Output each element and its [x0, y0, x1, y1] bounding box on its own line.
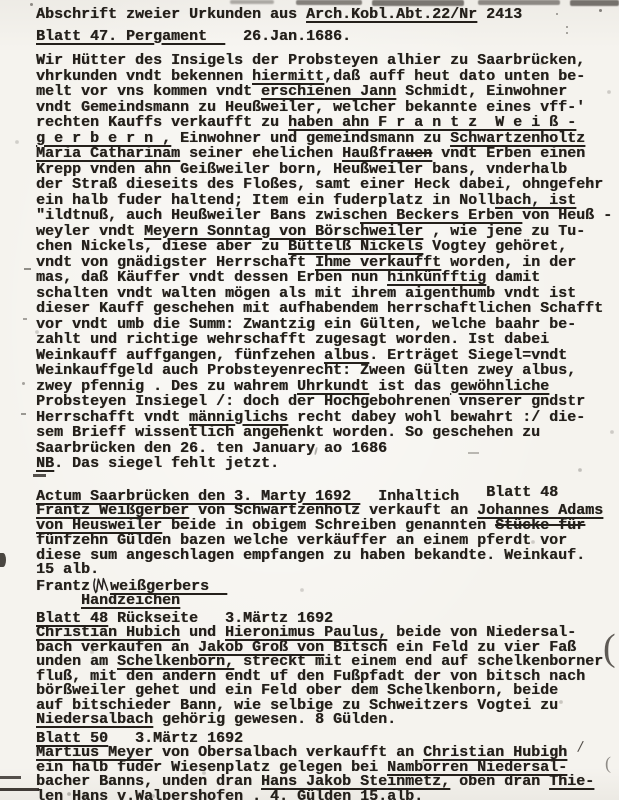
text-line: diese sum angeschlagen empfangen zu habe… [36, 547, 615, 562]
text-line: Christian Hubich und Hieronimus Paulus, … [36, 624, 615, 639]
text-line: Blatt 47. Pergament 26.Jan.1686. [36, 28, 615, 44]
text-segment: dieser Kauff geschehen mit aufhabendem h… [36, 300, 603, 317]
margin-mark [21, 413, 26, 415]
scan-smudge [478, 0, 560, 5]
text-segment: worden, in der [441, 254, 576, 271]
underlined-text: erschienen Jann [261, 83, 396, 100]
text-line: Probsteyen Insiegel /: doch der Hochgebo… [36, 393, 615, 409]
margin-mark [22, 382, 25, 385]
underlined-text: Haußfra [342, 145, 405, 162]
text-segment: vndt Gemeindsmann zu Heußweiler, welcher… [36, 99, 585, 116]
text-line: Wir Hütter des Insigels der Probsteyen a… [36, 52, 615, 68]
text-segment: diese sum angeschlagen empfangen zu habe… [36, 547, 585, 564]
underlined-text: männiglichs [189, 409, 288, 426]
underlined-text: Ihme verkaufft [315, 254, 441, 271]
underlined-text: Blatt 47. Pergament [36, 28, 225, 45]
text-line: NB. Das siegel fehlt jetzt. [36, 455, 615, 471]
text-line: Maria Catharinam seiner ehelichen Haußfr… [36, 145, 615, 161]
text-segment: ist das [369, 378, 450, 395]
text-line: rechten Kauffs verkaufft zu haben ahn F … [36, 114, 615, 130]
handwritten-dash [0, 788, 39, 791]
text-segment: vndt Erben einen [432, 145, 585, 162]
text-segment: recht dabey wohl bewahrt :/ die- [288, 409, 585, 426]
text-segment: vndt von gnädigster Herrschaft [36, 254, 315, 271]
text-line: ein halb fuder haltend; Item ein fuderpl… [36, 192, 615, 208]
scan-smudge [296, 0, 362, 5]
text-line: fünfzehn Gülden bazen welche verkäuffer … [36, 532, 615, 547]
text-segment: zwey pfennig . Des zu wahrem [36, 378, 297, 395]
text-segment: , wie jene zu Tu- [423, 223, 585, 240]
text-segment: rechten Kauffs verkaufft zu [36, 114, 288, 131]
text-segment: Weinkauff auffgangen, fünfzehen [36, 347, 324, 364]
text-line: Weinkauff auffgangen, fünfzehen albus. E… [36, 347, 615, 363]
text-segment [36, 592, 81, 609]
text-line: Martius Meyer von Obersalbach verkaufft … [36, 744, 615, 759]
scan-smudge [570, 0, 619, 6]
handwritten-paren-mark: ( [603, 626, 616, 670]
text-segment: . 4. Gülden 15.alb. [243, 788, 423, 800]
underlined-text: Büttelß Nickels [288, 238, 423, 255]
text-segment: Saarbrücken den 26. ten January ao 1686 [36, 440, 387, 457]
text-segment: . Erträget Siegel=vndt [369, 347, 567, 364]
underlined-text: hiermitt [252, 68, 324, 85]
section-blatt-50: Blatt 50 3.Märtz 1692Martius Meyer von O… [36, 730, 615, 800]
text-line: unden am Schelkenborn, streckt mit einem… [36, 653, 615, 668]
text-segment: 15 alb. [36, 561, 99, 578]
text-line: vndt Gemeindsmann zu Heußweiler, welcher… [36, 99, 615, 115]
text-line: Blatt 50 3.Märtz 1692 [36, 730, 615, 745]
scan-speck [30, 3, 33, 6]
text-segment: sem Brieff wissentlich angehenkt worden.… [36, 424, 540, 441]
section-blatt-47: Wir Hütter des Insigels der Probsteyen a… [36, 52, 615, 471]
text-line: auf bitschieder Bann, wie selbige zu Sch… [36, 697, 615, 712]
margin-mark [33, 474, 46, 477]
section-blatt-48-actum: Actum Saarbrücken den 3. Marty 1692 Inha… [36, 488, 615, 577]
text-segment: Herrschafft vndt [36, 409, 189, 426]
text-line: vndt von gnädigster Herrschaft Ihme verk… [36, 254, 615, 270]
text-segment: Einwohner und gemeindsmann zu [171, 130, 450, 147]
section-archive-header: Abschrift zweier Urkunden aus Arch.Kobl.… [36, 6, 615, 43]
text-segment: damit [486, 269, 540, 286]
text-line: melt vor vns kommen vndt erschienen Jann… [36, 83, 615, 99]
text-segment: Schmidt, Einwohner [396, 83, 567, 100]
text-line: der Straß dieseits des Floßes, samt eine… [36, 176, 615, 192]
text-line: börßweiler gehet und ein Feld ober dem S… [36, 682, 615, 697]
text-line: weyler vndt Meyern Sonntag von Börschwei… [36, 223, 615, 239]
text-line: dieser Kauff geschehen mit aufhabendem h… [36, 300, 615, 316]
scan-speck [468, 452, 479, 454]
underlined-text: len Hans v.Walpershofen [36, 788, 243, 800]
text-segment: seiner ehelichen [180, 145, 342, 162]
handwritten-dash [0, 776, 21, 779]
underlined-text: uen [405, 145, 432, 162]
underlined-text: Thie- [549, 773, 594, 790]
text-segment: zahlt und richtige wehrschafft zugesagt … [36, 331, 549, 348]
text-segment: mas, daß Käuffer vndt dessen Erben nun [36, 269, 387, 286]
text-line: Saarbrücken den 26. ten January ao 1686 [36, 440, 615, 456]
text-line: bach verkaufen an Jakob Groß von Bitsch … [36, 639, 615, 654]
text-line: g e r b e r n , Einwohner und gemeindsma… [36, 130, 615, 146]
paper-speckles [0, 0, 2, 2]
typewritten-text-block: Abschrift zweier Urkunden aus Arch.Kobl.… [36, 6, 615, 800]
text-line: mas, daß Käuffer vndt dessen Erben nun h… [36, 269, 615, 285]
underlined-text: Maria Catharinam [36, 145, 180, 162]
text-segment: Weinkauffgeld auch Probsteyenrecht: Zwee… [36, 362, 576, 379]
underlined-text: albus [324, 347, 369, 364]
text-line: schalten vndt walten mögen als mit ihrem… [36, 285, 615, 301]
text-segment: Krepp vnden ahn Geißweiler born, Heußwei… [36, 161, 567, 178]
text-segment: ein halb fuder haltend; Item ein fuderpl… [36, 192, 495, 209]
underlined-text: hen Beckers Erben [360, 207, 522, 224]
text-line: Frantz Weißgerber von Schwartzenholz ver… [36, 502, 615, 517]
underlined-text: haben ahn F r a n t z W e i ß - [288, 114, 576, 131]
text-segment: . Das siegel fehlt jetzt. [54, 455, 279, 472]
text-line: bacher Banns, unden dran Hans Jakob Stei… [36, 773, 615, 788]
text-segment: Wir Hütter des Insigels der Probsteyen a… [36, 52, 585, 69]
text-line: 15 alb. [36, 561, 615, 576]
text-segment: gehörig gewesen. 8 Gülden. [153, 711, 396, 728]
margin-mark [23, 318, 27, 320]
text-segment: weyler vndt [36, 223, 144, 240]
text-segment: vhrkunden vndt bekennen [36, 68, 252, 85]
text-segment: chen Nickels, diese aber zu [36, 238, 288, 255]
text-line: Handzeichen [36, 592, 615, 607]
underlined-text: Arch.Kobl.Abt.22/Nr [306, 6, 477, 23]
handwritten-paren-mark: ( [605, 753, 611, 774]
scan-speck [556, 13, 558, 15]
underlined-text: NB [36, 455, 54, 472]
document-page: Abschrift zweier Urkunden aus Arch.Kobl.… [0, 0, 619, 800]
text-line: zahlt und richtige wehrschafft zugesagt … [36, 331, 615, 347]
text-line: Krepp vnden ahn Geißweiler born, Heußwei… [36, 161, 615, 177]
text-segment: Vogtey gehöret, [423, 238, 567, 255]
underlined-text: Uhrkundt [297, 378, 369, 395]
text-line: "ildtnuß, auch Heußweiler Bans zwischen … [36, 207, 615, 223]
text-line: fluß, mit den andern endt uf den Fußpfad… [36, 668, 615, 683]
handmark-icon [92, 577, 109, 593]
text-segment: 2413 [477, 6, 522, 23]
scan-smudge [230, 0, 274, 4]
text-line: ein halb fuder Wiesenplatz gelegen bei N… [36, 759, 615, 774]
underlined-text: hinkünfftig [387, 269, 486, 286]
text-segment: vor vndt umb die Summ: Zwantzig ein Gült… [36, 316, 576, 333]
scan-speck [566, 26, 568, 28]
underlined-text: Schwartzenholtz [450, 130, 585, 147]
text-segment: melt vor vns kommen vndt [36, 83, 261, 100]
text-segment: von Heuß - [522, 207, 612, 224]
underlined-text: g e r b e r n , [36, 130, 171, 147]
text-segment: der Straß dieseits des Floßes, samt eine… [36, 176, 603, 193]
text-line: vor vndt umb die Summ: Zwantzig ein Gült… [36, 316, 615, 332]
text-line: Abschrift zweier Urkunden aus Arch.Kobl.… [36, 6, 615, 22]
text-segment: Probsteyen Insiegel /: doch der Hochgebo… [36, 393, 585, 410]
text-line: zwey pfennig . Des zu wahrem Uhrkundt is… [36, 378, 615, 394]
text-line: Herrschafft vndt männiglichs recht dabey… [36, 409, 615, 425]
text-segment: oben dran [450, 773, 549, 790]
section-blatt-48-rueckseite: Blatt 48 Rückseite 3.Märtz 1692Christian… [36, 610, 615, 726]
underlined-text: Handzeichen [81, 592, 180, 609]
text-segment: Abschrift zweier Urkunden aus [36, 6, 306, 23]
margin-mark [24, 268, 31, 270]
text-line: Frantzweißgerbers [36, 577, 615, 592]
text-line: sem Brieff wissentlich angehenkt worden.… [36, 424, 615, 440]
text-line: Blatt 48 Rückseite 3.Märtz 1692 [36, 610, 615, 625]
text-segment: schalten vndt walten mögen als mit ihrem… [36, 285, 576, 302]
scan-speck [566, 32, 568, 34]
scan-speck [599, 9, 602, 12]
text-segment: ,daß auff heut dato unten be- [324, 68, 585, 85]
section-signature: Frantzweißgerbers Handzeichen [36, 577, 615, 607]
text-line: Weinkauffgeld auch Probsteyenrecht: Zwee… [36, 362, 615, 378]
text-line: chen Nickels, diese aber zu Büttelß Nick… [36, 238, 615, 254]
underlined-text: Niedersalbach [36, 711, 153, 728]
text-line: vhrkunden vndt bekennen hiermitt,daß auf… [36, 68, 615, 84]
scan-speck [41, 7, 43, 9]
text-segment: "ildtnuß, auch Heußweiler Bans zwisc [36, 207, 360, 224]
text-line: Actum Saarbrücken den 3. Marty 1692 Inha… [36, 488, 615, 503]
text-line: von Heusweiler beide in obigem Schreiben… [36, 517, 615, 532]
text-segment: 26.Jan.1686. [225, 28, 351, 45]
underlined-text: bach, ist [495, 192, 576, 209]
text-segment: Blatt 48 [486, 484, 558, 501]
ink-blob [0, 553, 6, 567]
underlined-text: Meyern Sonntag von Börschweiler [144, 223, 423, 240]
scan-smudge [372, 0, 464, 6]
underlined-text: gewöhnliche [450, 378, 549, 395]
